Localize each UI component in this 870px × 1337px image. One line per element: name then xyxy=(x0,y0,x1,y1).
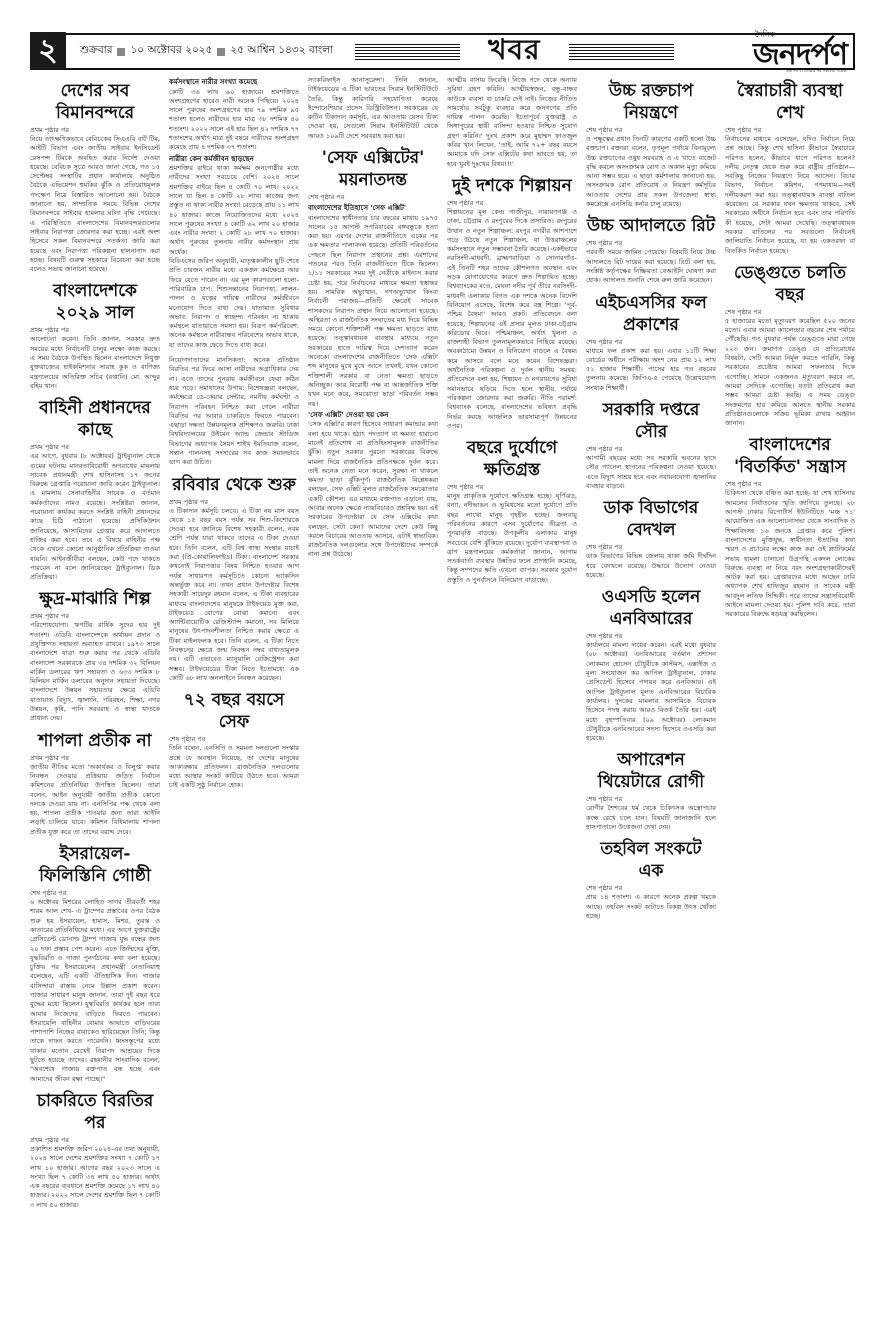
news-story: কর্মসংস্থানে নারীর সংখ্যা কমেছেকোটি ৩৬ ল… xyxy=(169,78,299,350)
news-story: ইসরায়েল-ফিলিস্তিনি গোষ্ঠীশেষ পৃষ্ঠার পর… xyxy=(30,843,160,1084)
news-story: ক্ষুদ্র-মাঝারি শিল্পপ্রথম পৃষ্ঠার পরপরিশ… xyxy=(30,588,160,723)
news-story: দেশের সব বিমানবন্দরেপ্রথম পৃষ্ঠার পরনিয়… xyxy=(30,80,160,274)
jump-line: শেষ পৃষ্ঠার পর xyxy=(169,735,299,744)
story-body: প্রকাশিত শ্রমশক্তি জরিপ ২০২৪-এর তথ্য অনু… xyxy=(30,1145,160,1210)
news-story: বাংলাদেশের 'বিতর্কিত' সন্ত্রাসশেষ পৃষ্ঠা… xyxy=(725,434,855,619)
news-story: ওএসডি হলেন এনবিআরেরশেষ পৃষ্ঠার পরকার্যাল… xyxy=(586,586,716,743)
news-story: উচ্চ রক্তচাপ নিয়ন্ত্রণেশেষ পৃষ্ঠার পরও … xyxy=(586,80,716,209)
story-headline: অপারেশন থিয়েটারে রোগী xyxy=(586,749,716,793)
story-body: এর আগে, বুধবার (৮ অক্টোবর) ট্রাইব্যুনাল … xyxy=(30,452,160,582)
story-body: পরবর্তী সময়ে জামিন পেয়েছে। বিষয়টি নিয… xyxy=(586,248,716,285)
story-headline: দেশের সব বিমানবন্দরে xyxy=(30,80,160,124)
story-headline: শাপলা প্রতীক না xyxy=(30,730,160,752)
square-separator-icon xyxy=(217,48,225,56)
story-body: স্যাকরিফাইস আনাসুরেন্স'। তিনি জানান, টাই… xyxy=(308,76,438,141)
jump-line: প্রথম পৃষ্ঠার পর xyxy=(30,754,160,763)
day: শুক্রবার xyxy=(80,43,112,60)
news-story: ৭২ বছর বয়সে সেফশেষ পৃষ্ঠার পরতিনি বলেন,… xyxy=(169,689,299,790)
jump-line: প্রথম পৃষ্ঠার পর xyxy=(30,126,160,135)
news-column-4: আত্মীয় বাসায় ফিরেছি। নিজে পদে থেকে অন্… xyxy=(447,76,577,1326)
story-headline: ওএসডি হলেন এনবিআরের xyxy=(586,586,716,630)
story-body: এ টিকাদান কর্মসূচি চলবে। এ টিকা নয় মাস … xyxy=(169,507,299,684)
story-body: তিনি বলেন, এনসিপি ও সমমনা দলগুলো সংস্কার… xyxy=(169,744,299,790)
story-body: ৫ হাজারের মতো মৃত্যুবরণ করেছিল ৫২০ জনের … xyxy=(725,317,855,429)
jump-line: প্রথম পৃষ্ঠার পর xyxy=(169,498,299,507)
story-body: বিবিএসের জরিপ অনুযায়ী, মাতৃত্বকালীন ছুট… xyxy=(169,257,299,350)
story-headline: বাংলাদেশকে ২০২৯ সাল xyxy=(30,280,160,324)
story-body: ডাক বিভাগের বিভিন্ন জেলায় থাকা জমি দীর্… xyxy=(586,552,716,580)
news-story: রবিবার থেকে শুরুপ্রথম পৃষ্ঠার পরএ টিকাদা… xyxy=(169,474,299,684)
subheading: নারীরা কেন কর্মজীবন ছাড়ছেন xyxy=(169,155,299,165)
news-story: আত্মীয় বাসায় ফিরেছি। নিজে পদে থেকে অন্… xyxy=(447,76,577,169)
news-story: উচ্চ আদালতে রিটশেষ পৃষ্ঠার পরপরবর্তী সময… xyxy=(586,215,716,285)
news-story: স্যাকরিফাইস আনাসুরেন্স'। তিনি জানান, টাই… xyxy=(308,76,438,141)
story-body: চিকিৎসা থেকে বঞ্চিত করা হচ্ছে- যা শেখ হা… xyxy=(725,489,855,619)
story-body: আলোচনা করেন। তিনি জানান, সরকার দ্রুত সময… xyxy=(30,335,160,391)
news-story: সরকারি দপ্তরে সৌরশেষ পৃষ্ঠার পরআগামী বছর… xyxy=(586,399,716,491)
story-headline: চাকরিতে বিরতির পর xyxy=(30,1090,160,1134)
news-story: নিয়োগদাতাদের মানসিকতা: অনেক প্রতিষ্ঠান … xyxy=(169,356,299,468)
story-headline: স্বৈরাচারী ব্যবস্থা শেখ xyxy=(725,80,855,124)
story-headline: রবিবার থেকে শুরু xyxy=(169,474,299,496)
story-headline: উচ্চ আদালতে রিট xyxy=(586,215,716,237)
jump-line: প্রথম পৃষ্ঠার পর xyxy=(30,443,160,452)
news-story: ডেঙ্গুতে চলতি বছরশেষ পৃষ্ঠার পর৫ হাজারের… xyxy=(725,262,855,429)
story-body: পরিশোধযোগ্য। ঋণটির বার্ষিক সুদের হার দুই… xyxy=(30,621,160,723)
subheading: কর্মসংস্থানে নারীর সংখ্যা কমেছে xyxy=(169,78,299,88)
story-body: রোগীর শৈশবের ধর্ম থেকে চিকিৎসক অস্ত্রোপচ… xyxy=(586,804,716,832)
news-story: অপারেশন থিয়েটারে রোগীশেষ পৃষ্ঠার পররোগী… xyxy=(586,749,716,832)
logo-name: জনদর্পণ xyxy=(753,42,847,68)
news-story: চাকরিতে বিরতির পরপ্রথম পৃষ্ঠার পরপ্রকাশি… xyxy=(30,1090,160,1210)
story-body: কোটি ৩৬ লাখ ৯০ হাজারে। শ্রমশক্তিতে অংশগ্… xyxy=(169,88,299,153)
news-story: বাংলাদেশকে ২০২৯ সালপ্রথম পৃষ্ঠার পরআলোচন… xyxy=(30,280,160,391)
jump-line: শেষ পৃষ্ঠার পর xyxy=(447,483,577,492)
story-headline: ডাক বিভাগের বেদখল xyxy=(586,497,716,541)
story-headline: ক্ষুদ্র-মাঝারি শিল্প xyxy=(30,588,160,610)
date-gregorian: ১০ অক্টোবর ২০২৫ xyxy=(130,43,212,60)
jump-line: প্রথম পৃষ্ঠার পর xyxy=(30,326,160,335)
jump-line: শেষ পৃষ্ঠার পর xyxy=(586,126,716,135)
story-body: আগামী বছরের মধ্যে সব সরকারি ভবনের ছাদে স… xyxy=(586,454,716,491)
story-headline: 'সেফ এক্সিটের' ময়নাতদন্ত xyxy=(308,147,438,191)
decorative-rules xyxy=(355,44,460,60)
news-story: ডাক বিভাগের বেদখলশেষ পৃষ্ঠার পরডাক বিভাগ… xyxy=(586,497,716,580)
story-body: শ্রমশক্তির বাইরে থাকা কর্মক্ষম জনগোষ্ঠীর… xyxy=(169,164,299,257)
story-headline: এইচএসসির ফল প্রকাশের xyxy=(586,292,716,336)
story-headline: বাংলাদেশের 'বিতর্কিত' সন্ত্রাস xyxy=(725,434,855,478)
jump-line: শেষ পৃষ্ঠার পর xyxy=(725,480,855,489)
news-column-5: উচ্চ রক্তচাপ নিয়ন্ত্রণেশেষ পৃষ্ঠার পরও … xyxy=(586,76,716,1326)
subheading: বাংলাদেশের ইতিহাসে 'সেফ এক্সিট' xyxy=(308,204,438,214)
news-column-3: স্যাকরিফাইস আনাসুরেন্স'। তিনি জানান, টাই… xyxy=(308,76,438,1326)
jump-line: শেষ পৃষ্ঠার পর xyxy=(586,884,716,893)
decorative-rules xyxy=(569,44,674,60)
jump-line: শেষ পৃষ্ঠার পর xyxy=(725,308,855,317)
news-story: শাপলা প্রতীক নাপ্রথম পৃষ্ঠার পরজাতীয় নী… xyxy=(30,730,160,837)
news-story: বছরে দুর্যোগে ক্ষতিগ্রস্তশেষ পৃষ্ঠার পরম… xyxy=(447,437,577,585)
news-column-2: কর্মসংস্থানে নারীর সংখ্যা কমেছেকোটি ৩৬ ল… xyxy=(169,76,299,1326)
story-body: বাংলাদেশের স্বাধীনতার চার বছরের মাথায় ১… xyxy=(308,214,438,409)
jump-line: শেষ পৃষ্ঠার পর xyxy=(586,543,716,552)
news-column-1: দেশের সব বিমানবন্দরেপ্রথম পৃষ্ঠার পরনিয়… xyxy=(30,76,160,1326)
news-story: স্বৈরাচারী ব্যবস্থা শেখশেষ পৃষ্ঠার পরনির… xyxy=(725,80,855,256)
news-story: বাহিনী প্রধানদের কাছেপ্রথম পৃষ্ঠার পরএর … xyxy=(30,397,160,582)
news-story: এইচএসসির ফল প্রকাশেরশেষ পৃষ্ঠার পরমাধ্যম… xyxy=(586,292,716,393)
story-headline: সরকারি দপ্তরে সৌর xyxy=(586,399,716,443)
jump-line: শেষ পৃষ্ঠার পর xyxy=(586,632,716,641)
news-story: দুই দশকে শিল্পায়নশেষ পৃষ্ঠার পরশিল্পায়… xyxy=(447,175,577,431)
paper-logo: দৈনিক জনদর্পণ এক দল বা গোষ্ঠীর নয় সকলের… xyxy=(753,29,847,75)
jump-line: শেষ পৃষ্ঠার পর xyxy=(586,338,716,347)
jump-line: শেষ পৃষ্ঠার পর xyxy=(447,199,577,208)
story-headline: বছরে দুর্যোগে ক্ষতিগ্রস্ত xyxy=(447,437,577,481)
jump-line: শেষ পৃষ্ঠার পর xyxy=(725,126,855,135)
story-headline: তহবিল সংকটে এক xyxy=(586,838,716,882)
story-body: ৬ অক্টোবর মিশরের লোহিত সাগর তীরবর্তী শহর… xyxy=(30,898,160,1084)
story-body: ও পক্ষুত্বের প্রধান তিনটি কারণের একটি হল… xyxy=(586,135,716,209)
story-body: 'সেফ এক্সিট'র কারণ হিসেবে সাধারণ কমান্ডা… xyxy=(308,420,438,559)
story-body: নিয়োগদাতাদের মানসিকতা: অনেক প্রতিষ্ঠান … xyxy=(169,356,299,468)
story-body: জাতীয় নীতির মতো 'অকার্যকর ও বিলুপ্ত' কর… xyxy=(30,763,160,837)
section-title: খবর xyxy=(488,28,540,75)
story-body: নিয়ে তাৎক্ষণিকভাবে বেবিচকের সিএএবি বার্… xyxy=(30,135,160,274)
masthead: ২ শুক্রবার ১০ অক্টোবর ২০২৫ ২৫ আশ্বিন ১৪৩… xyxy=(30,33,855,70)
story-headline: দুই দশকে শিল্পায়ন xyxy=(447,175,577,197)
subheading: 'সেফ এক্সিট' দেওয়া হয় কেন xyxy=(308,411,438,421)
news-columns: দেশের সব বিমানবন্দরেপ্রথম পৃষ্ঠার পরনিয়… xyxy=(30,76,855,1326)
story-headline: ৭২ বছর বয়সে সেফ xyxy=(169,689,299,733)
story-body: মানুষ প্রাকৃতিক দুর্যোগে ক্ষতিগ্রস্ত হচ্… xyxy=(447,492,577,585)
jump-line: প্রথম পৃষ্ঠার পর xyxy=(30,1136,160,1145)
story-body: কার্যালয়ে মামলা দায়ের করেন। এরই মধ্যে … xyxy=(586,641,716,743)
page-number: ২ xyxy=(30,32,66,69)
dateline: শুক্রবার ১০ অক্টোবর ২০২৫ ২৫ আশ্বিন ১৪৩২ … xyxy=(80,43,333,60)
story-body: প্রায় ১৪ শতাংশ। এ কারণে অনেক প্রকল্প থম… xyxy=(586,893,716,921)
story-headline: ডেঙ্গুতে চলতি বছর xyxy=(725,262,855,306)
story-headline: বাহিনী প্রধানদের কাছে xyxy=(30,397,160,441)
story-headline: ইসরায়েল-ফিলিস্তিনি গোষ্ঠী xyxy=(30,843,160,887)
date-bangla: ২৫ আশ্বিন ১৪৩২ বাংলা xyxy=(230,43,333,60)
square-separator-icon xyxy=(117,48,125,56)
news-story: 'সেফ এক্সিটের' ময়নাতদন্তশেষ পৃষ্ঠার পরব… xyxy=(308,147,438,560)
jump-line: শেষ পৃষ্ঠার পর xyxy=(30,889,160,898)
news-story: তহবিল সংকটে একশেষ পৃষ্ঠার পরপ্রায় ১৪ শত… xyxy=(586,838,716,921)
jump-line: শেষ পৃষ্ঠার পর xyxy=(586,445,716,454)
story-body: আত্মীয় বাসায় ফিরেছি। নিজে পদে থেকে অন্… xyxy=(447,76,577,169)
story-body: শিল্পায়নের মূল কেন্দ্র গাজীপুর, নারায়ণ… xyxy=(447,208,577,431)
story-body: নির্বাচনের মাধ্যমে এসেছেন, যদিও নির্বাচন… xyxy=(725,135,855,256)
story-body: মাধ্যমে ফল প্রকাশ করা হয়। এবার ১১টি শিক… xyxy=(586,347,716,393)
news-column-6: স্বৈরাচারী ব্যবস্থা শেখশেষ পৃষ্ঠার পরনির… xyxy=(725,76,855,1326)
jump-line: শেষ পৃষ্ঠার পর xyxy=(308,193,438,202)
story-headline: উচ্চ রক্তচাপ নিয়ন্ত্রণে xyxy=(586,80,716,124)
